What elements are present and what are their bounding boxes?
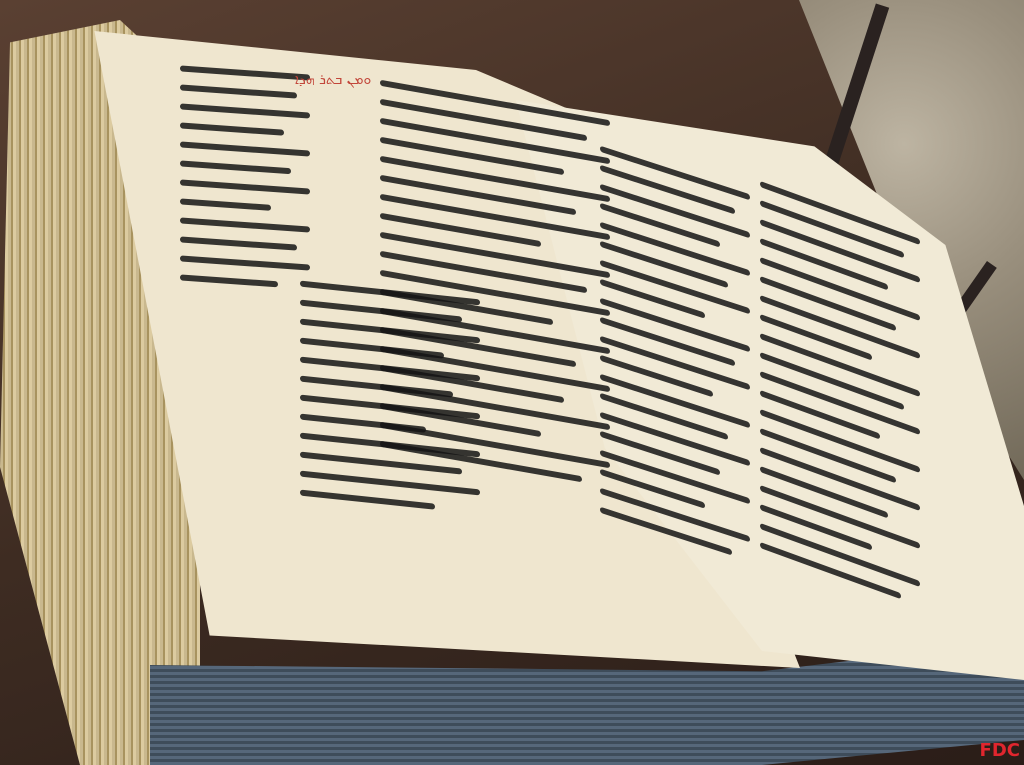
text-column-1 xyxy=(180,65,310,302)
text-column-5 xyxy=(760,181,920,619)
rubric-heading: ܘܡܢ ܒܬܪ ܗܕܐ xyxy=(295,72,371,88)
text-column-3 xyxy=(380,80,610,501)
text-column-4 xyxy=(600,146,750,575)
photographer-signature: FDC xyxy=(980,740,1020,761)
